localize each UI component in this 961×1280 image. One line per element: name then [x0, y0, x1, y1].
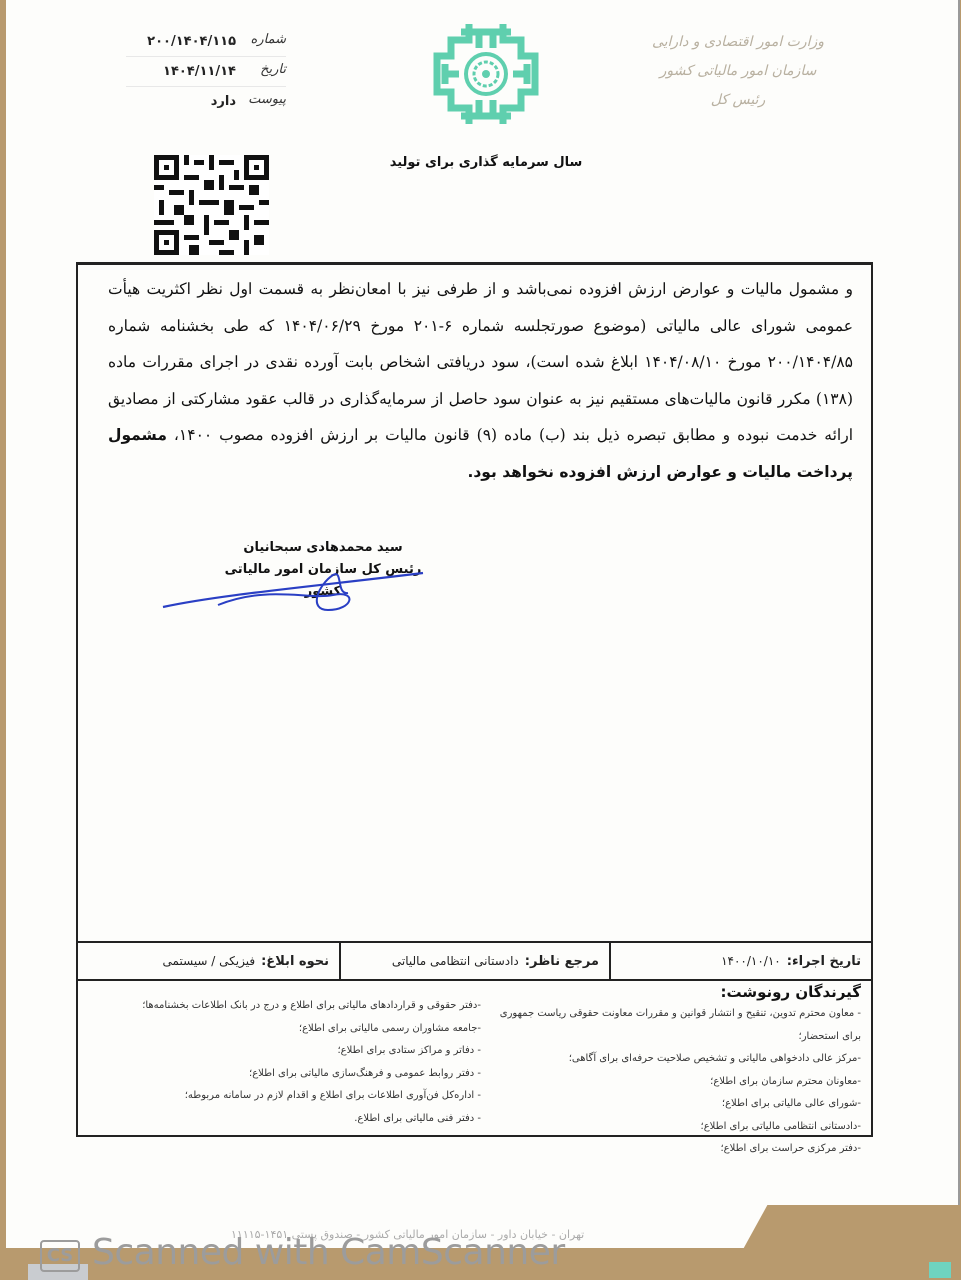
cc-recipients-title: گیرندگان رونوشت:	[721, 983, 861, 1001]
ministry-line: سازمان امور مالیاتی کشور	[628, 57, 848, 86]
handwritten-signature-icon	[158, 555, 428, 615]
delivery-method-label: نحوه ابلاغ:	[261, 954, 329, 969]
cc-recipient: - دفتر روابط عمومی و فرهنگ‌سازی مالیاتی …	[121, 1063, 481, 1086]
cc-recipient: - اداره‌کل فن‌آوری اطلاعات برای اطلاع و …	[121, 1085, 481, 1108]
camscanner-watermark: Scanned with CamScanner	[92, 1232, 565, 1273]
camscanner-logo-icon: CS	[40, 1240, 80, 1272]
year-slogan: سال سرمایه گذاری برای تولید	[386, 155, 586, 170]
letter-date-value: ۱۴۰۴/۱۱/۱۴	[163, 64, 236, 79]
ministry-header: وزارت امور اقتصادی و دارایی سازمان امور …	[628, 28, 848, 115]
attachment-label: پیوست	[248, 92, 286, 107]
reference-cell: مرجع ناظر: دادستانی انتظامی مالیاتی	[341, 943, 611, 979]
cc-recipient: - دفتر فنی مالیاتی برای اطلاع.	[121, 1108, 481, 1131]
delivery-method-cell: نحوه ابلاغ: فیزیکی / سیستمی	[78, 943, 341, 979]
letter-info-row: تاریخ اجراء: ۱۴۰۰/۱۰/۱۰ مرجع ناظر: دادست…	[78, 941, 871, 981]
letter-meta: شماره ۲۰۰/۱۴۰۴/۱۱۵ تاریخ ۱۴۰۴/۱۱/۱۴ پیوس…	[126, 32, 286, 121]
cc-recipient: -دفتر حقوقی و قراردادهای مالیاتی برای اط…	[121, 995, 481, 1018]
background-surface	[741, 1205, 961, 1253]
cc-recipient: -مرکز عالی دادخواهی مالیاتی و تشخیص صلاح…	[481, 1048, 861, 1071]
cc-recipient: -دفتر مرکزی حراست برای اطلاع؛	[481, 1138, 861, 1161]
execution-date-value: ۱۴۰۰/۱۰/۱۰	[721, 954, 781, 968]
background-object	[929, 1262, 951, 1278]
letter-date-row: تاریخ ۱۴۰۴/۱۱/۱۴	[126, 62, 286, 87]
cc-recipient: -معاونان محترم سازمان برای اطلاع؛	[481, 1071, 861, 1094]
cc-recipient: -جامعه مشاوران رسمی مالیاتی برای اطلاع؛	[121, 1018, 481, 1041]
body-paragraph: و مشمول مالیات و عوارض ارزش افزوده نمی‌ب…	[108, 280, 853, 444]
cc-recipient: - دفاتر و مراکز ستادی برای اطلاع؛	[121, 1040, 481, 1063]
reference-value: دادستانی انتظامی مالیاتی	[392, 954, 519, 968]
cc-recipient: -دادستانی انتظامی مالیاتی برای اطلاع؛	[481, 1116, 861, 1139]
letter-number-value: ۲۰۰/۱۴۰۴/۱۱۵	[147, 34, 236, 49]
cc-recipients-right: - معاون محترم تدوین، تنقیح و انتشار قوان…	[481, 1003, 861, 1161]
reference-label: مرجع ناظر:	[525, 954, 599, 969]
letter-body-box: و مشمول مالیات و عوارض ارزش افزوده نمی‌ب…	[76, 262, 873, 1137]
delivery-method-value: فیزیکی / سیستمی	[163, 954, 256, 968]
cc-recipients-left: -دفتر حقوقی و قراردادهای مالیاتی برای اط…	[121, 995, 481, 1130]
execution-date-cell: تاریخ اجراء: ۱۴۰۰/۱۰/۱۰	[611, 943, 871, 979]
qr-code-icon[interactable]	[154, 155, 269, 255]
cc-recipient: -شورای عالی مالیاتی برای اطلاع؛	[481, 1093, 861, 1116]
ministry-line: وزارت امور اقتصادی و دارایی	[628, 28, 848, 57]
attachment-value: دارد	[211, 94, 236, 109]
letter-date-label: تاریخ	[260, 62, 286, 77]
letter-number-label: شماره	[251, 32, 286, 47]
attachment-row: پیوست دارد	[126, 92, 286, 116]
execution-date-label: تاریخ اجراء:	[787, 954, 861, 969]
cc-recipient: - معاون محترم تدوین، تنقیح و انتشار قوان…	[481, 1003, 861, 1048]
letter-body: و مشمول مالیات و عوارض ارزش افزوده نمی‌ب…	[108, 271, 853, 490]
document-page: وزارت امور اقتصادی و دارایی سازمان امور …	[6, 0, 960, 1248]
tax-organization-logo-icon	[431, 18, 541, 130]
ministry-line: رئیس کل	[628, 86, 848, 115]
letter-number-row: شماره ۲۰۰/۱۴۰۴/۱۱۵	[126, 32, 286, 57]
